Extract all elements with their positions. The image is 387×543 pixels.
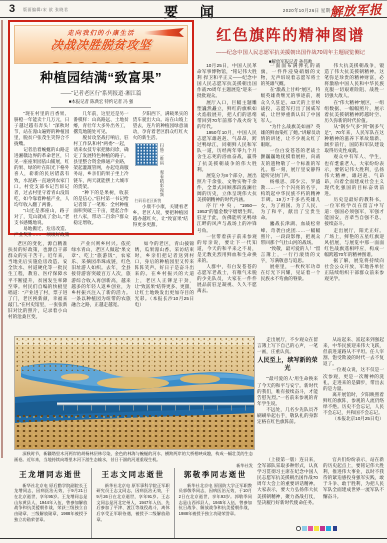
section-subhead: 人民至上，续写新的荣光 (257, 358, 318, 373)
paragraph: 不远处，几名少先队员齐刷刷举起右手，敬队礼的身影定格在红色旗阵前。 (257, 407, 318, 425)
text-column: 产业兴则乡村兴。依托绿水青山，老区人做起“果文章”、吃上“旅游饭”，农家乐、采摘… (71, 241, 130, 333)
obituary-body: 新华社北京电 原后勤学院副院长王龙增同志，因病医治无效，于9月21日在北京逝世，… (14, 483, 87, 523)
banner-badge: 会 (141, 62, 151, 65)
obituary-row: 王龙增同志逝世 新华社北京电 原后勤学院副院长王龙增同志，因病医治无效，于9月2… (10, 468, 256, 538)
text-column: （上接第一版）连日来，全军部队采取多种形式，认真学习贯彻习主席在纪念中国人民志愿… (257, 457, 318, 521)
paragraph: 易地搬迁、危房改造、产业奖补……一项项好政策落地生根，让老区群众的日子越过越红火… (14, 226, 69, 236)
news-photo-desert-river (14, 336, 255, 450)
obituary-title: 郭敬季同志逝世 (179, 469, 252, 480)
article-subtitle-left: ——“记者老区行”系列报道·湘江篇 (14, 89, 188, 97)
article-title-left: 种植园结满“致富果” (14, 67, 188, 86)
paragraph: 在“伟大精神”展区，一组组数据、一幅幅照片，展示着抗美援朝精神跨越时空、历久弥新… (324, 100, 384, 124)
paragraph: 杨根思、邱少云、罗盛教……一个个闪亮的名字，构筑起中华民族不朽的精神丰碑。19万… (261, 179, 321, 222)
banner-badge: 面 (64, 62, 74, 65)
page-top-edge (0, 0, 387, 1)
color-mark (326, 526, 331, 531)
paragraph: 如今的老区，青山披锦绣，瓜果漫山香。采访结束时，乡亲们把记者送到村口，身后的种植… (135, 241, 194, 308)
paragraph: 10月25日，中国人民革命军事博物馆，“铭记伟大胜利 捍卫和平正义——纪念中国人… (197, 63, 257, 100)
paragraph: 一位观众说，这不仅是一次参观，更是一次精神的洗礼，走进来的是脚步，带出去的是力量… (323, 367, 384, 391)
text-column: 如今的老区，青山披锦绣，瓜果漫山香。采访结束时，乡亲们把记者送到村口，身后的种植… (135, 241, 194, 333)
paragraph: “山还是那座山，路子对了，荒山就成了金山。”老支书感慨地说。 (14, 208, 69, 226)
article-byline-left: ■本报记者 陈典宏 特约记者 冯 强 (14, 99, 188, 105)
article-title-right: 红色旗阵的精神图谱 (197, 24, 384, 45)
registration-mark-icon (296, 526, 301, 531)
text-column: 夕阳西下，满载果实的货车驶出大山。站在山坡上望去，连片的种植园绿意涌动，孕育着老… (133, 111, 188, 237)
paragraph: “种下的是果树，收获的是信心。”驻村第一书记给记者算了一笔账：全村种植面积突破三… (73, 190, 128, 227)
paragraph: 在“激战上甘岭”展区，特级英雄黄继光的事迹前，观众久久驻足。43天的上甘岭战役，… (261, 87, 321, 124)
byline-divider (51, 107, 152, 108)
page-spine-line (1, 20, 3, 458)
color-mark (320, 526, 325, 531)
paragraph: 序厅中央，“1950—1953”的鎏金数字熠熠生辉。驻足于此，仿佛能听见鸭绿江畔… (197, 203, 257, 233)
text-column: 伟大抗美援朝战争，锻造了伟大抗美援朝精神。这笔弥足珍贵的精神财富，必将激励中国人… (324, 63, 384, 327)
article-body-right: 10月25日，中国人民革命军事博物馆，“铭记伟大胜利 捍卫和平正义——纪念中国人… (197, 63, 384, 327)
banner-badge: 康 (116, 62, 126, 65)
paragraph: 据了解，展览将持续向社会公众开放，军地各单位正陆续组织干部群众前来参观见学。 (324, 258, 384, 282)
paragraph: 1950年10月，中国人民志愿军雄赳赳、气昂昂，跨过鸭绿江，同朝鲜人民和军队一道… (197, 130, 257, 173)
text-column: 从站起来、富起来到强起来，中华民族迎来伟大飞跃，但前进道路从不平坦。任人宰割、饱… (323, 337, 384, 449)
paragraph: 展厅入口，巨幅主题雕塑巍然矗立，鲜红的旗帜如火焰般展开，把人们的思绪带回到70年… (197, 100, 257, 130)
text-column: 几年前，这里还是另一番模样：山高路远、土地贫瘠，青壮年大多外出务工，撂荒地随处可… (73, 111, 128, 237)
paragraph: “为什么战旗美如画？英雄的鲜血染红了她。”讲解员动情的讲述，让不少观众红了眼眶。 (261, 124, 321, 148)
paragraph: 走出展厅，不少观众在留言簿上写下自己的心声，一笔一画，庄重认真。 (257, 337, 318, 355)
text-column: 走出展厅，不少观众在留言簿上写下自己的心声，一笔一画，庄重认真。 人民至上，续写… (257, 337, 318, 449)
paragraph: 脱贫攻坚战打响后，驻村工作队和村“两委”一起，请来农技专家把脉问诊，确定了发展特… (73, 135, 128, 190)
paragraph: 一位带着孩子前来参观的母亲说，要让下一代知道，今天的和平来之不易，是无数先烈用鲜… (197, 234, 257, 264)
article-right-lower: 走出展厅，不少观众在留言簿上写下自己的心声，一笔一画，庄重认真。 人民至上，续写… (257, 337, 384, 449)
banner-badge: 建 (77, 62, 87, 65)
near-poplar-forest (15, 413, 254, 449)
banner-slogan-main: 决战决胜脱贫攻坚 (14, 36, 188, 53)
paragraph: “致敬，最可爱的人！”留言簿上，一行行滚烫的文字，写满敬意与追思。 (261, 246, 321, 264)
paragraph: 产业兴则乡村兴。依托绿水青山，老区人做起“果文章”、吃上“旅游饭”，农家乐、采摘… (71, 241, 130, 308)
paragraph: （上接第一版）连日来，全军部队采取多种形式，认真学习贯彻习主席在纪念中国人民志愿… (257, 457, 318, 506)
paragraph: （本报北京10月25日电） (323, 416, 384, 422)
text-column: “现在村里的百香果、脐橙一年能卖十几万元，日子越过越有奔头！”深秋时节，站在漫山… (14, 111, 69, 237)
article-left-continuation: 老区的变化，源自精准扶贫的好政策，也源自干部群众的实干苦干。近年来，当地先后实施… (8, 241, 194, 333)
text-column: 10月25日，中国人民革命军事博物馆，“铭记伟大胜利 捍卫和平正义——纪念中国人… (197, 63, 257, 327)
article-head-right: 红色旗阵的精神图谱 ——纪念中国人民志愿军抗美援朝出国作战70周年主题展览侧记 … (197, 24, 384, 65)
jump-continuation: （上接第一版）连日来，全军部队采取多种形式，认真学习贯彻习主席在纪念中国人民志愿… (257, 457, 384, 521)
text-column: 老区的变化，源自精准扶贫的好政策，也源自干部群众的实干苦干。近年来，当地先后实施… (8, 241, 67, 333)
color-calibration-marks (296, 526, 337, 531)
obituary-card: 王龙增同志逝世 新华社北京电 原后勤学院副院长王龙增同志，因病医治无效，于9月2… (10, 468, 91, 538)
paragraph: 一位白发苍苍的老战士颤巍巍地抚摸着展柜，向战友的遗物敬了一个标准的军礼。那一刻，… (261, 148, 321, 178)
banner-badge: 社 (128, 62, 138, 65)
obituary-card: 郭敬季同志逝世 新华社北京电 原国防大学正军职教员郭敬季同志，因病医治无效，于1… (174, 468, 256, 538)
color-mark (314, 526, 319, 531)
text-column: 一面面布满弹孔的战旗，一件件浸染硝烟的文物，无声诉说着志愿军将士的英雄气概。 在… (261, 63, 321, 327)
banner-badge: 全 (51, 62, 61, 65)
article-body-left: “现在村里的百香果、脐橙一年能卖十几万元，日子越过越有奔头！”深秋时节，站在漫山… (14, 111, 188, 237)
paragraph: 老区的变化，源自精准扶贫的好政策，也源自干部群众的实干苦干。近年来，当地先后实施… (8, 241, 67, 320)
obituary-title: 王志文同志逝世 (96, 469, 169, 480)
paragraph: 从站起来、富起来到强起来，中华民族迎来伟大飞跃，但前进道路从不平坦。任人宰割、饱… (323, 337, 384, 367)
paragraph: “现在村里的百香果、脐橙一年能卖十几万元，日子越过越有奔头！”深秋时节，站在漫山… (14, 111, 69, 148)
article-subtitle-right: ——纪念中国人民志愿军抗美援朝出国作战70周年主题展览侧记 (197, 48, 384, 56)
paragraph: 观众中有军人、学生，也有耄耋老人。大家纷纷表示，要铭记伟大胜利，弘扬伟大精神，雄… (324, 154, 384, 197)
banner-badge: 小 (103, 62, 113, 65)
paragraph: 展览分为8个部分，展出照片千余张、文物实物千余件，全景式回顾那段波澜壮阔的历史，… (197, 173, 257, 203)
paragraph: 人群中，有白发苍苍的志愿军老战士，有稚气未脱的少先队员，大家在一件件展品前驻足凝… (197, 264, 257, 294)
far-poplar-forest (15, 337, 254, 371)
banner-badge-row: 全面建成小康社会 (15, 54, 187, 65)
obituary-body: 新华社北京电 原国防大学正军职教员郭敬季同志，因病医治无效，于10月2日在北京逝… (179, 483, 252, 517)
color-mark (302, 526, 307, 531)
qr-side-text: 扫描二维码 观看精彩视频 (160, 143, 165, 197)
paragraph: 离开展馆时，夕阳映照着鲜红的旗阵，参观的人流仍络绎不绝。历史不会忘记，人民不会忘… (323, 392, 384, 416)
banner-badge: 成 (90, 62, 100, 65)
paragraph: 官兵们纷纷表示，站在新的历史起点上，要铭记伟大胜利，推进伟大事业，以时不我待的紧… (323, 457, 384, 500)
paragraph: 小康不小康，关键看老乡。老区人说，要把种植园越办越红火，让“致富果”结得更多更甜… (133, 204, 188, 228)
color-mark (308, 526, 313, 531)
qr-block: 扫描二维码 观看精彩视频 (135, 143, 188, 197)
paragraph: 夕阳西下，满载果实的货车驶出大山。站在山坡上望去，连片的种植园绿意涌动，孕育着老… (133, 111, 188, 141)
date-line: 2020年10月26日 星期一 (283, 8, 335, 14)
text-column: 官兵们纷纷表示，站在新的历史起点上，要铭记伟大胜利，推进伟大事业，以时不我待的紧… (323, 457, 384, 521)
campaign-banner: 走向我们的小康生活 决战决胜脱贫攻坚 全面建成小康社会 (14, 25, 188, 64)
obituary-body: 新华社北京电 原军事科学院正军职研究员王志文同志，因病医治无效，于9月26日在北… (96, 483, 169, 523)
paragraph: 走出展厅，阳光正好。广场上，鲜艳的五星红旗迎风招展，与展览中那一面面红色战旗遥相… (324, 228, 384, 258)
framed-article-poverty: 走向我们的小康生活 决战决胜脱贫攻坚 全面建成小康社会 种植园结满“致富果” —… (8, 20, 194, 235)
paragraph: 历史是最好的教科书。一位军校学员在留言中写道：强国必须强军，军强才能国安，吾辈当… (324, 197, 384, 227)
obituary-card: 王志文同志逝世 新华社北京电 原军事科学院正军职研究员王志文同志，因病医治无效，… (91, 468, 173, 538)
paragraph: 从“钢少气多”到“钢多气足”，70年来，人民军队在这种精神的滋养下革故鼎新、阔步… (324, 124, 384, 154)
paragraph: 伟大抗美援朝战争，锻造了伟大抗美援朝精神。这笔弥足珍贵的精神财富，必将激励中国人… (324, 63, 384, 100)
photo-caption-block: 深秋时节，新疆塔里木河两岸的胡杨林层林尽染，金色的林海与蜿蜒的河水、横跨两岸的大… (14, 451, 253, 469)
paragraph: “‘最可爱的人’用生命换来了今天的和平与安宁。新时代的我们，唯有接续奋斗，才能告… (257, 376, 318, 406)
color-mark (333, 526, 338, 531)
qr-code-icon (135, 143, 158, 166)
footer-rule (0, 538, 387, 539)
paragraph: 展柜里，一枚枚军功章在灯光下闪耀，见证着一个民族永不弯曲的脊梁。 (261, 264, 321, 282)
paragraph: 一面面布满弹孔的战旗，一件件浸染硝烟的文物，无声诉说着志愿军将士的英雄气概。 (261, 63, 321, 87)
paragraph: 鏖战长津湖、血战松骨峰、奇袭白虎团……一幅幅照片、一段段影像，把观众带回那个气壮… (261, 221, 321, 245)
photo-caption: 深秋时节，新疆塔里木河两岸的胡杨林层林尽染，金色的林海与蜿蜒的河水、横跨两岸的大… (14, 451, 253, 462)
paragraph: 记者沿着蜿蜒的山路走进湘赣边界的革命老区，只见一座座果园依山铺展，红的果、绿的叶… (14, 147, 69, 208)
header-rule (0, 17, 387, 18)
obituary-title: 王龙增同志逝世 (14, 469, 87, 480)
paragraph: 几年前，这里还是另一番模样：山高路远、土地贫瘠，青壮年大多外出务工，撂荒地随处可… (73, 111, 128, 135)
